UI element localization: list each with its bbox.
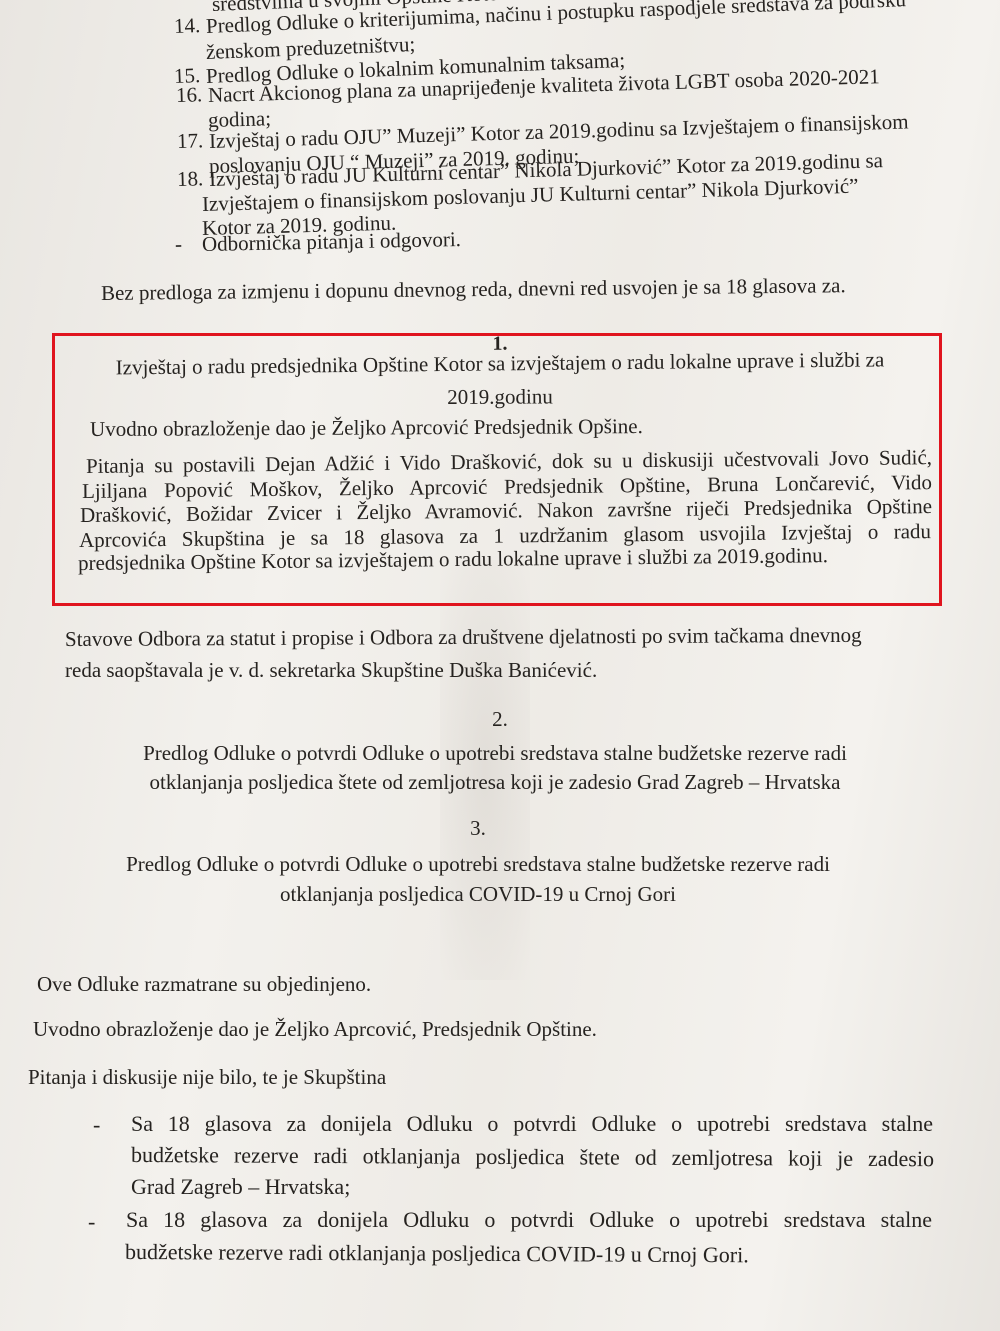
agenda-item-16-number: 16.	[176, 82, 203, 107]
agenda-bullet: -	[175, 232, 182, 256]
joint-no-discussion: Pitanja i diskusije nije bilo, te je Sku…	[28, 1065, 386, 1089]
section-2-number: 2.	[0, 707, 1000, 731]
section-3-number: 3.	[0, 816, 956, 840]
decision-bullet: -	[88, 1210, 95, 1234]
section-2-title-line2: otklanjanja posljedica štete od zemljotr…	[0, 770, 990, 794]
agenda-item-questions: Odbornička pitanja i odgovori.	[202, 227, 461, 256]
decision-2-line1: Sa 18 glasova za donijela Odluku o potvr…	[126, 1208, 932, 1232]
decision-bullet: -	[93, 1113, 100, 1137]
decision-1-line2: budžetske rezerve radi otklanjanja poslj…	[131, 1143, 934, 1171]
document-page: sredstvima u svojini Opštine Kotor DOO “…	[0, 0, 1000, 1331]
committees-line2: reda saopštavala je v. d. sekretarka Sku…	[65, 658, 597, 682]
agenda-item-18-number: 18.	[177, 166, 204, 191]
section-1-title-line2: 2019.godinu	[60, 382, 940, 411]
section-2-title-line1: Predlog Odluke o potvrdi Odluke o upotre…	[0, 741, 990, 765]
decision-2-line2: budžetske rezerve radi otklanjanja poslj…	[125, 1240, 749, 1267]
section-1-intro: Uvodno obrazloženje dao je Željko Aprcov…	[90, 414, 643, 441]
agenda-item-17-number: 17.	[177, 128, 204, 153]
decision-1-line1: Sa 18 glasova za donijela Odluku o potvr…	[131, 1112, 933, 1136]
agenda-adopted-text: Bez predloga za izmjenu i dopunu dnevnog…	[101, 273, 846, 305]
committees-line1: Stavove Odbora za statut i propise i Odb…	[65, 623, 862, 651]
joint-considered: Ove Odluke razmatrane su objedinjeno.	[37, 972, 371, 996]
agenda-item-14-number: 14.	[174, 13, 201, 38]
decision-1-line3: Grad Zagreb – Hrvatska;	[131, 1175, 350, 1199]
section-3-title-line1: Predlog Odluke o potvrdi Odluke o upotre…	[0, 852, 956, 876]
section-3-title-line2: otklanjanja posljedica COVID-19 u Crnoj …	[0, 882, 956, 906]
joint-intro: Uvodno obrazloženje dao je Željko Aprcov…	[33, 1017, 597, 1041]
